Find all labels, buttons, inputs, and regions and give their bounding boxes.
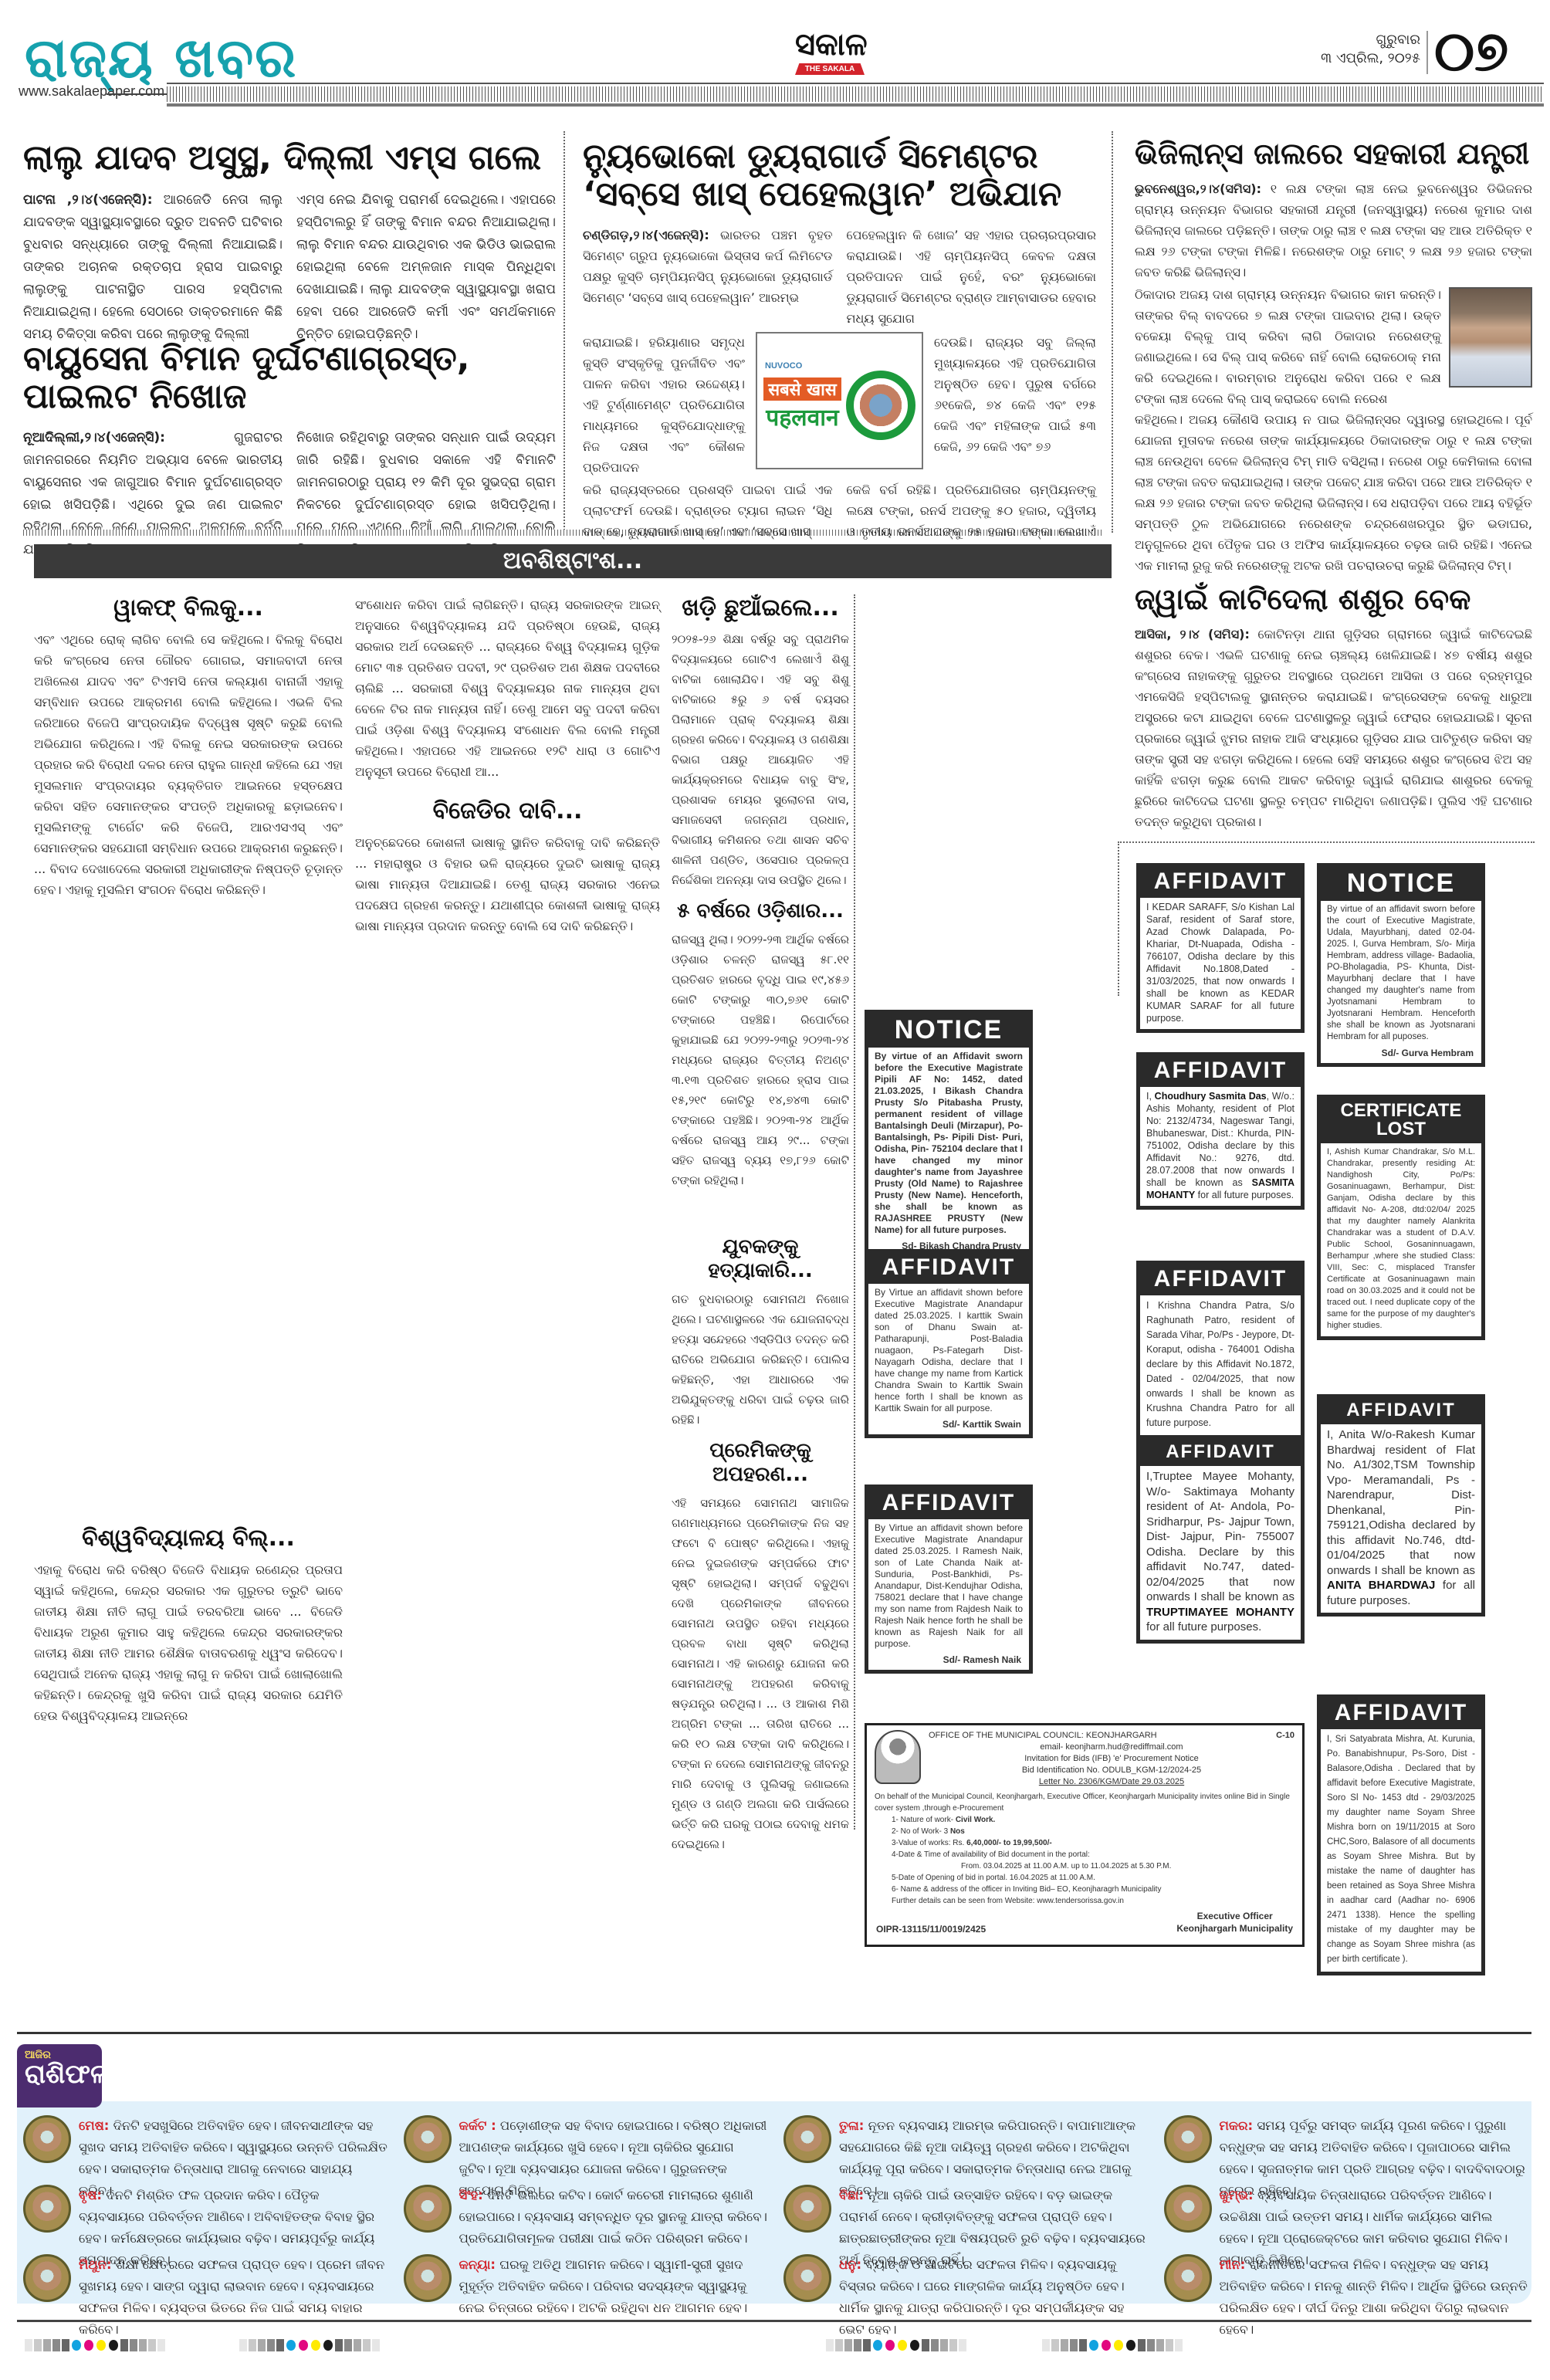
horoscope-item-dhanu: ଧନୁ: ବ୍ୟାଙ୍କ ଓ ଆଇଟିରେ ସଫଳତା ମିଳିବ। ବ୍ୟବସ… xyxy=(783,2254,1149,2319)
ad-affidavit-kedar: AFFIDAVIT I KEDAR SARAFF, S/o Kishan Lal… xyxy=(1136,863,1305,1033)
ad-title: AFFIDAVIT xyxy=(1140,1056,1301,1087)
ad-title: AFFIDAVIT xyxy=(1140,1264,1301,1295)
continued-column-3b: ଯୁବକଙ୍କୁ ହତ୍ୟାକାରି... ଗତ ବୁଧବାରଠାରୁ ସୋମନ… xyxy=(672,1235,849,1854)
tender-item: 3-Value of works: Rs. 6,40,000/- to 19,9… xyxy=(892,1837,1294,1849)
new-name: ANITA BHARDWAJ xyxy=(1327,1579,1435,1592)
ad-title: AFFIDAVIT xyxy=(868,1488,1029,1519)
tender-officer: 6- Name & address of the officer in Invi… xyxy=(892,1884,1294,1895)
dateline: ନୂଆଦିଲ୍ଲୀ,୨।୪(ଏଜେନ୍ସି): xyxy=(23,430,165,445)
headline: ବାୟୁସେନା ବିମାନ ଦୁର୍ଘଟଣାଗ୍ରସ୍ତ, ପାଇଲଟ ନିଖ… xyxy=(23,340,556,416)
dateline: ପାଟନା ,୨।୪(ଏଜେନ୍ସି): xyxy=(23,192,153,208)
brand-label: NUVOCO xyxy=(765,361,802,371)
municipal-emblem xyxy=(875,1730,921,1784)
tender-email: email- keonjharm.hud@rediffmail.com xyxy=(929,1742,1294,1753)
story-lalu: ଲାଲୁ ଯାଦବ ଅସୁସ୍ଥ, ଦିଲ୍ଲୀ ଏମ୍ସ ଗଲେ ପାଟନା … xyxy=(23,139,556,346)
continued-column-1: ୱାକଫ୍ ବିଲକୁ... ଏବଂ ଏଥିରେ ରୋକ୍ ଲାଗିବ ବୋଲି… xyxy=(34,594,343,900)
story-column-wrap: କରାଯାଇଛି। ହରିୟାଣାର ସମୃଦ୍ଧ କୁସ୍ତି ସଂସ୍କୃତ… xyxy=(583,332,745,478)
capricorn-icon xyxy=(1164,2115,1212,2163)
ad-title: AFFIDAVIT xyxy=(868,1253,1029,1284)
horoscope-item-kumbha: କୁମ୍ଭ: ବ୍ୟବସାୟିକ ଚିନ୍ତାଧାରାରେ ପରିବର୍ତ୍ତନ… xyxy=(1164,2185,1529,2250)
continued-column-3: ଖଡ଼ି ଛୁଆଁଇଲେ... ୨୦୨୫-୨୬ ଶିକ୍ଷା ବର୍ଷରୁ ସବ… xyxy=(672,594,849,1190)
ad-body: By Virtue an affidavit shown before Exec… xyxy=(868,1284,1029,1419)
tender-signatory: Executive Officer xyxy=(1176,1910,1293,1922)
story-column: ପାଟନା ,୨।୪(ଏଜେନ୍ସି): ଆରଜେଡି ନେତା ଲାଲୁ ଯା… xyxy=(23,189,283,346)
ad-signature: Sd/- Gurva Hembram xyxy=(1321,1048,1481,1063)
ad-body: I, Sri Satyabrata Mishra, At. Kurunia, P… xyxy=(1321,1729,1481,1972)
headline-line-1: ନ୍ୟୁଭୋକୋ ଡ୍ୟୁରାଗାର୍ଡ ସିମେଣ୍ଟର xyxy=(583,137,1096,175)
tender-availability: From. 03.04.2025 at 11.00 A.M. up to 11.… xyxy=(892,1860,1294,1872)
ad-notice-gurva: NOTICE By virtue of an affidavit sworn b… xyxy=(1317,863,1485,1067)
scorpio-icon xyxy=(783,2185,831,2233)
horoscope-item-mesha: ମେଷ: ଦିନଟି ହସଖୁସିରେ ଅତିବାହିତ ହେବ। ଜୀବନସା… xyxy=(23,2115,388,2180)
horoscope-badge-title: ରାଶିଫଳ xyxy=(25,2061,94,2087)
ad-title: AFFIDAVIT xyxy=(1140,867,1301,898)
image-title-1: सबसे खास xyxy=(763,377,841,401)
leo-icon xyxy=(404,2185,452,2233)
ad-title: AFFIDAVIT xyxy=(1321,1698,1481,1729)
headline: ଲାଲୁ ଯାଦବ ଅସୁସ୍ଥ, ଦିଲ୍ଲୀ ଏମ୍ସ ଗଲେ xyxy=(23,139,556,177)
print-registration-mark xyxy=(1042,2339,1183,2351)
horoscope-item-kanya: କନ୍ୟା: ଘରକୁ ଅତିଥି ଆଗମନ କରିବେ। ସ୍ୱାମୀ-ସ୍ତ… xyxy=(404,2254,769,2319)
aquarius-icon xyxy=(1164,2185,1212,2233)
dateline: ଭୁବନେଶ୍ୱର,୨।୪(ସମିସ): xyxy=(1135,181,1261,196)
horoscope-item-makara: ମକର: ସମୟ ପୂର୍ବରୁ ସମସ୍ତ କାର୍ଯ୍ୟ ପୂରଣ କରିବ… xyxy=(1164,2115,1529,2180)
issue-date: ଗୁରୁବାର ୩ ଏପ୍ରିଲ, ୨୦୨୫ xyxy=(1305,31,1420,68)
horoscope-item-meena: ମୀନ: ରାଜନୀତିରେ ସଫଳତା ମିଳିବ। ବନ୍ଧୁଙ୍କ ସହ … xyxy=(1164,2254,1529,2319)
story-column: ପେହେଲୱାନ କି ଖୋଜ’ ସହ ଏହାର ପ୍ରଚାରପ୍ରସାର କର… xyxy=(847,225,1097,329)
logo-tagline: THE SAKALA xyxy=(795,63,865,75)
subhead-lover-kidnap: ପ୍ରେମିକଙ୍କୁ ଅପହରଣ... xyxy=(672,1439,849,1487)
new-name: TRUPTIMAYEE MOHANTY xyxy=(1146,1606,1294,1619)
ad-affidavit-truptee: AFFIDAVIT I,Truptee Mayee Mohanty, W/o- … xyxy=(1136,1436,1305,1644)
ad-body: By Virtue an affidavit shown before Exec… xyxy=(868,1519,1029,1654)
ad-affidavit-ramesh: AFFIDAVIT By Virtue an affidavit shown b… xyxy=(865,1485,1033,1674)
dateline: ଆସିକା, ୨।୪ (ସମିସ): xyxy=(1135,627,1250,642)
horoscope-item-tula: ତୁଳା: ନୂତନ ବ୍ୟବସାୟ ଆରମ୍ଭ କରିପାରନ୍ତି। ବାପ… xyxy=(783,2115,1149,2180)
logo-text: ସକାଳ xyxy=(795,29,865,60)
story-body: ୨୦୨୫-୨୬ ଶିକ୍ଷା ବର୍ଷରୁ ସବୁ ପ୍ରାଥମିକ ବିଦ୍ୟ… xyxy=(672,629,849,890)
column-divider xyxy=(563,131,565,533)
story-body: ଅନୁଚ୍ଛେଦରେ କୋଶଳୀ ଭାଷାକୁ ସ୍ଥାନିତ କରିବାକୁ … xyxy=(355,832,660,936)
ad-notice-bikash: NOTICE By virtue of an Affidavit sworn b… xyxy=(865,1010,1033,1260)
section-title: ରାଜ୍ୟ ଖବର xyxy=(25,31,297,85)
declarant-name: Choudhury Sasmita Das xyxy=(1155,1091,1267,1102)
ad-title: NOTICE xyxy=(1321,867,1481,901)
gemini-icon xyxy=(23,2254,71,2302)
page-number: ୦୭ xyxy=(1434,23,1508,79)
horoscope-item-karkata: କର୍କଟ : ପଡ଼ୋଶୀଙ୍କ ସହ ବିବାଦ ହୋଇପାରେ। ବରିଷ… xyxy=(404,2115,769,2180)
column-divider xyxy=(1118,841,1119,996)
subhead-bjd-demand: ବିଜେଡିର ଦାବି... xyxy=(355,797,660,824)
accused-photo xyxy=(1449,287,1532,388)
tender-ref: OIPR-13115/11/0019/2425 xyxy=(876,1924,986,1935)
ad-body: By virtue of an affidavit sworn before t… xyxy=(1321,901,1481,1048)
subhead-odisha-5yr: ୫ ବର୍ଷରେ ଓଡ଼ିଶାର... xyxy=(672,899,849,923)
aries-icon xyxy=(23,2115,71,2163)
story-body: ଏହାକୁ ବିରୋଧ କରି ବରିଷ୍ଠ ବିଜେଡି ବିଧାୟକ ରଣେ… xyxy=(34,1559,343,1726)
tender-item: 1- Nature of work- Civil Work. xyxy=(892,1814,1294,1826)
tender-item: 2- No of Work- 3 Nos xyxy=(892,1826,1294,1837)
newspaper-logo: ସକାଳ THE SAKALA xyxy=(795,29,865,75)
divider xyxy=(17,2032,1531,2034)
tender-signatory-org: Keonjhargarh Municipality xyxy=(1176,1922,1293,1935)
cancer-icon xyxy=(404,2115,452,2163)
ad-signature: Sd/- Karttik Swain xyxy=(868,1419,1029,1434)
print-registration-mark xyxy=(826,2339,966,2351)
horoscope-grid: ମେଷ: ଦିନଟି ହସଖୁସିରେ ଅତିବାହିତ ହେବ। ଜୀବନସା… xyxy=(23,2115,1528,2319)
ad-body: By virtue of an Affidavit sworn before t… xyxy=(868,1048,1029,1241)
tender-bid-id: Bid Identification No. ODULB_KGM-12/2024… xyxy=(929,1765,1294,1776)
divider xyxy=(167,103,1544,107)
continued-column-2: ସଂଶୋଧନ କରିବା ପାଇଁ ଲାଗିଛନ୍ତି। ରାଜ୍ୟ ସରକାର… xyxy=(355,594,660,936)
story-column: ନୂଆଦିଲ୍ଲୀ,୨।୪(ଏଜେନ୍ସି): ଗୁଜରାଟର ଜାମନଗରରେ… xyxy=(23,427,283,561)
ad-affidavit-sasmita: AFFIDAVIT I, Choudhury Sasmita Das, W/o.… xyxy=(1136,1052,1305,1210)
story-body: ଗତ ବୁଧବାରଠାରୁ ସୋମନାଥ ନିଖୋଜ ଥିଲେ। ଘଟଣାସ୍ଥ… xyxy=(672,1289,849,1430)
story-column-wrap: ଦେଉଛି। ରାଜ୍ୟର ସବୁ ଜିଲ୍ଲା ମୁଖ୍ୟାଳୟରେ ଏହି … xyxy=(934,332,1096,478)
issue-date-text: ୩ ଏପ୍ରିଲ, ୨୦୨୫ xyxy=(1305,49,1420,68)
pisces-icon xyxy=(1164,2254,1212,2302)
ad-affidavit-karttik: AFFIDAVIT By Virtue an affidavit shown b… xyxy=(865,1249,1033,1438)
divider xyxy=(17,2320,1531,2322)
ad-affidavit-anita: AFFIDAVIT I, Anita W/o-Rakesh Kumar Bhar… xyxy=(1317,1394,1485,1617)
section-divider xyxy=(1118,841,1535,843)
horoscope-item-bichha: ବିଛା: ନୂଆ ଚାକିରି ପାଇଁ ଉତ୍ସାହିତ ରହିବେ। ବଡ… xyxy=(783,2185,1149,2250)
ad-title: AFFIDAVIT xyxy=(1321,1398,1481,1424)
divider xyxy=(1426,31,1428,74)
image-title-2: पहलवान xyxy=(763,401,841,432)
story-column: ଚଣ୍ଡିଗଡ଼,୨।୪(ଏଜେନ୍ସି): ଭାରତର ପଞ୍ଚମ ବୃହତ … xyxy=(583,225,833,329)
pehlwan-logo-image: NUVOCO सबसे खास पहलवान xyxy=(756,332,923,469)
print-registration-mark xyxy=(239,2339,380,2351)
ad-title: CERTIFICATE LOST xyxy=(1321,1099,1481,1143)
continued-band: ଅବଶିଷ୍ଟାଂଶ... xyxy=(34,544,1112,578)
ad-certificate-lost: CERTIFICATE LOST I, Ashish Kumar Chandra… xyxy=(1317,1095,1485,1340)
tender-code: C-10 xyxy=(1276,1730,1294,1742)
story-body: ରାଜସ୍ୱ ଥିଲା। ୨୦୨୨-୨୩ ଆର୍ଥିକ ବର୍ଷରେ ଓଡ଼ିଶ… xyxy=(672,929,849,1190)
subhead-waqf: ୱାକଫ୍ ବିଲକୁ... xyxy=(34,594,343,621)
ad-affidavit-krishna: AFFIDAVIT I Krishna Chandra Patra, S/o R… xyxy=(1136,1261,1305,1439)
story-body: କହିଥିଲେ। ଅଜୟ କୌଣସି ଉପାୟ ନ ପାଇ ଭିଜିଲାନ୍ସର… xyxy=(1135,409,1532,576)
story-body: ଏବଂ ଏଥିରେ ରୋକ୍ ଲାଗିବ ବୋଲି ସେ କହିଥିଲେ। ବି… xyxy=(34,629,343,900)
subhead-youth-murder: ଯୁବକଙ୍କୁ ହତ୍ୟାକାରି... xyxy=(672,1235,849,1283)
website-link[interactable]: www.sakalaepaper.com xyxy=(19,83,164,100)
print-registration-mark xyxy=(25,2339,165,2351)
tender-item: 4-Date & Time of availability of Bid doc… xyxy=(892,1849,1294,1860)
hatch-rule xyxy=(167,86,1544,102)
headline-line-2: ‘ସବ୍‌ସେ ଖାସ୍ ପେହେଲୱାନ’ ଅଭିଯାନ xyxy=(583,175,1096,213)
story-column: ଏମ୍ସ ନେଇ ଯିବାକୁ ପରାମର୍ଶ ଦେଇଥିଲେ। ଏହାପରେ … xyxy=(296,189,556,346)
taurus-icon xyxy=(23,2185,71,2233)
story-vigilance: ଭିଜିଲାନ୍ସ ଜାଲରେ ସହକାରୀ ଯନ୍ତ୍ରୀ ଭୁବନେଶ୍ୱର… xyxy=(1135,137,1532,576)
horoscope-badge: ଆଜିର ରାଶିଫଳ xyxy=(17,2044,102,2107)
tender-ifb: Invitation for Bids (IFB) 'e' Procuremen… xyxy=(929,1753,1294,1765)
ad-title: AFFIDAVIT xyxy=(1140,1440,1301,1466)
subhead-chalk: ଖଡ଼ି ଛୁଆଁଇଲେ... xyxy=(672,594,849,621)
libra-icon xyxy=(783,2115,831,2163)
dateline: ଚଣ୍ଡିଗଡ଼,୨।୪(ଏଜେନ୍ସି): xyxy=(583,228,709,242)
horoscope-item-brusha: ବୃଷ: ଦିନଟି ମିଶ୍ରିତ ଫଳ ପ୍ରଦାନ କରିବ। ପୈତୃକ… xyxy=(23,2185,388,2250)
story-sonin-law: ଜ୍ୱାଇଁ କାଟିଦେଲା ଶଶୁର ବେକ ଆସିକା, ୨।୪ (ସମି… xyxy=(1135,583,1532,832)
ad-body: I KEDAR SARAFF, S/o Kishan Lal Saraf, re… xyxy=(1140,898,1301,1029)
divider xyxy=(107,93,167,95)
tender-office: OFFICE OF THE MUNICIPAL COUNCIL: KEONJHA… xyxy=(929,1730,1157,1742)
headline: ଜ୍ୱାଇଁ କାଟିଦେଲା ଶଶୁର ବେକ xyxy=(1135,583,1532,616)
tender-notice: OFFICE OF THE MUNICIPAL COUNCIL: KEONJHA… xyxy=(865,1723,1305,1947)
divider xyxy=(167,83,1544,84)
ad-body: I, Ashish Kumar Chandrakar, S/o M.L. Cha… xyxy=(1321,1143,1481,1336)
story-body: ଏହି ସମୟରେ ସୋମନାଥ ସାମାଜିକ ଗଣମାଧ୍ୟମରେ ପ୍ରେ… xyxy=(672,1493,849,1854)
horoscope-item-simha: ସିଂହ: ଦିନଟି ଭଲରେ କଟିବ। କୋର୍ଟ କଚେରୀ ମାମଲା… xyxy=(404,2185,769,2250)
story-nuvoco: ନ୍ୟୁଭୋକୋ ଡ୍ୟୁରାଗାର୍ଡ ସିମେଣ୍ଟର ‘ସବ୍‌ସେ ଖା… xyxy=(583,137,1096,563)
wrestler-graphic xyxy=(846,371,915,440)
column-divider xyxy=(854,594,855,1830)
sagittarius-icon xyxy=(783,2254,831,2302)
tender-opening: 5-Date of Opening of bid in portal. 16.0… xyxy=(892,1872,1294,1884)
issue-day: ଗୁରୁବାର xyxy=(1305,31,1420,49)
headline: ଭିଜିଲାନ୍ସ ଜାଲରେ ସହକାରୀ ଯନ୍ତ୍ରୀ xyxy=(1135,137,1532,171)
column-divider xyxy=(1112,131,1113,533)
story-airforce: ବାୟୁସେନା ବିମାନ ଦୁର୍ଘଟଣାଗ୍ରସ୍ତ, ପାଇଲଟ ନିଖ… xyxy=(23,340,556,561)
ad-signature: Sd/- Ramesh Naik xyxy=(868,1654,1029,1670)
horoscope-item-mithuna: ମିଥୁନ: ଶିକ୍ଷା କ୍ଷେତ୍ରରେ ସଫଳତା ପ୍ରାପ୍ତ ହେ… xyxy=(23,2254,388,2319)
tender-website[interactable]: Further details can be seen from Website… xyxy=(892,1895,1294,1907)
ad-body: I Krishna Chandra Patra, S/o Raghunath P… xyxy=(1140,1295,1301,1435)
tender-letter: Letter No. 2306/KGM/Date 29.03.2025 xyxy=(929,1776,1294,1788)
story-body: ସଂଶୋଧନ କରିବା ପାଇଁ ଲାଗିଛନ୍ତି। ରାଜ୍ୟ ସରକାର… xyxy=(355,594,660,782)
ad-affidavit-satyabrata: AFFIDAVIT I, Sri Satyabrata Mishra, At. … xyxy=(1317,1694,1485,1975)
ad-title: NOTICE xyxy=(868,1014,1029,1048)
story-column: ନିଖୋଜ ରହିଥିବାରୁ ତାଙ୍କର ସନ୍ଧାନ ପାଇଁ ଉଦ୍ୟମ… xyxy=(296,427,556,561)
subhead-university: ବିଶ୍ୱବିଦ୍ୟାଳୟ ବିଲ୍... xyxy=(34,1525,343,1552)
continued-column-1b: ବିଶ୍ୱବିଦ୍ୟାଳୟ ବିଲ୍... ଏହାକୁ ବିରୋଧ କରି ବର… xyxy=(34,1525,343,1726)
virgo-icon xyxy=(404,2254,452,2302)
story-column-wrap: ଠିକାଦାର ଅଜୟ ଦାଶ ଗ୍ରାମ୍ୟ ଉନ୍ନୟନ ବିଭାଗର କା… xyxy=(1135,284,1441,409)
tender-intro: On behalf of the Municipal Council, Keon… xyxy=(875,1791,1294,1814)
